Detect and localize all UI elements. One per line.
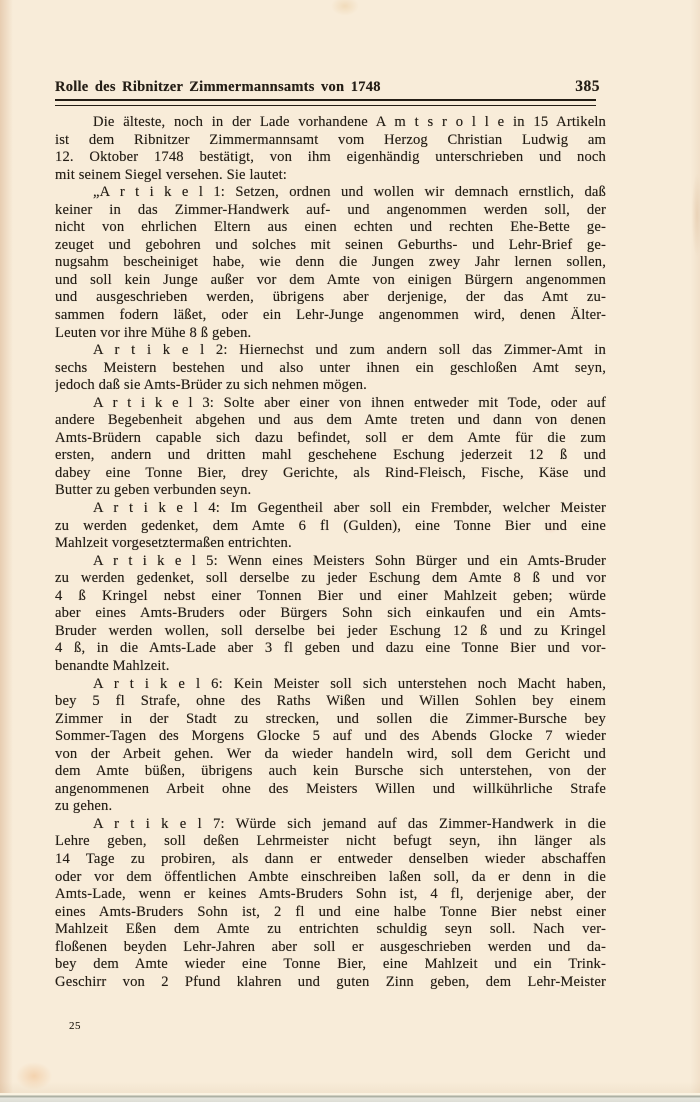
text-line: Die älteste, noch in der Lade vorhandene…: [55, 114, 606, 132]
text-line: bey 5 fl Strafe, ohne des Raths Wißen un…: [55, 693, 606, 711]
text-line: und ausgeschrieben werden, übrigens aber…: [55, 289, 606, 307]
text-line: 4 ß Kringel nebst einer Tonnen Bier und …: [55, 588, 606, 606]
text-line: A r t i k e l 4: Im Gegentheil aber soll…: [55, 500, 606, 518]
text-line: zu werden gedenket, dem Amte 6 fl (Gulde…: [55, 518, 606, 536]
text-line: angenommenen Arbeit ohne des Meisters Wi…: [55, 781, 606, 799]
scanned-book-page: Rolle des Ribnitzer Zimmermannsamts von …: [0, 0, 700, 1102]
text-line: nicht von ehrlichen Eltern aus einen ech…: [55, 219, 606, 237]
text-line: A r t i k e l 2: Hiernechst und zum ande…: [55, 342, 606, 360]
text-line: Butter zu geben verbunden seyn.: [55, 482, 606, 500]
header-double-rule: [55, 99, 596, 106]
paragraph: A r t i k e l 6: Kein Meister soll sich …: [55, 676, 606, 816]
text-line: dabey eine Tonne Bier, drey Gerichte, al…: [55, 465, 606, 483]
text-line: Leuten vor ihre Mühe 8 ß geben.: [55, 325, 606, 343]
text-line: Amts-Lade, wenn er keines Amts-Bruders S…: [55, 886, 606, 904]
text-line: A r t i k e l 6: Kein Meister soll sich …: [55, 676, 606, 694]
scan-bottom-edge: [0, 1093, 700, 1102]
text-line: Sommer-Tagen des Morgens Glocke 5 auf un…: [55, 728, 606, 746]
text-line: A r t i k e l 7: Würde sich jemand auf d…: [55, 816, 606, 834]
text-line: sechs Meistern bestehen und also unter i…: [55, 360, 606, 378]
text-line: Amts-Brüdern capable sich dazu befindet,…: [55, 430, 606, 448]
text-line: zu werden gedenket, soll derselbe zu jed…: [55, 570, 606, 588]
paragraph: A r t i k e l 2: Hiernechst und zum ande…: [55, 342, 606, 395]
text-line: Mahlzeit Eßen dem Amte zu entrichten sch…: [55, 921, 606, 939]
text-line: A r t i k e l 3: Solte aber einer von ih…: [55, 395, 606, 413]
text-line: sammen fodern läßet, oder ein Lehr-Junge…: [55, 307, 606, 325]
signature-mark: 25: [69, 1020, 81, 1032]
text-line: andere Begebenheit abgehen und aus dem A…: [55, 412, 606, 430]
text-line: bey dem Amte wieder eine Tonne Bier, ein…: [55, 956, 606, 974]
page-number: 385: [575, 78, 600, 96]
text-line: „A r t i k e l 1: Setzen, ordnen und wol…: [55, 184, 606, 202]
text-line: nugsahm bescheiniget habe, wie denn die …: [55, 254, 606, 272]
text-line: von der Arbeit gehen. Wer da wieder hand…: [55, 746, 606, 764]
text-line: eines Amts-Bruders Sohn ist, 2 fl und ei…: [55, 904, 606, 922]
page-header: Rolle des Ribnitzer Zimmermannsamts von …: [55, 78, 600, 96]
text-line: Mahlzeit vorgesetztermaßen entrichten.: [55, 535, 606, 553]
text-line: dem Amte büßen, übrigens auch kein Bursc…: [55, 763, 606, 781]
text-line: jedoch daß sie Amts-Brüder zu sich nehme…: [55, 377, 606, 395]
page-body: Die älteste, noch in der Lade vorhandene…: [55, 114, 606, 991]
text-line: benandte Mahlzeit.: [55, 658, 606, 676]
text-line: mit seinem Siegel versehen. Sie lautet:: [55, 167, 606, 185]
paragraph: A r t i k e l 5: Wenn eines Meisters Soh…: [55, 553, 606, 676]
paragraph: „A r t i k e l 1: Setzen, ordnen und wol…: [55, 184, 606, 342]
text-line: keiner in das Zimmer-Handwerk auf- und a…: [55, 202, 606, 220]
paragraph: A r t i k e l 3: Solte aber einer von ih…: [55, 395, 606, 500]
text-line: aber eines Amts-Bruders oder Bürgers Soh…: [55, 605, 606, 623]
paragraph: A r t i k e l 4: Im Gegentheil aber soll…: [55, 500, 606, 553]
text-line: zeuget und gebohren und solches mit sein…: [55, 237, 606, 255]
text-line: ist dem Ribnitzer Zimmermannsamt vom Her…: [55, 132, 606, 150]
text-line: ersten, andern und dritten mahl geschehe…: [55, 447, 606, 465]
text-line: floßenen beyden Lehr-Jahren aber soll er…: [55, 939, 606, 957]
text-line: Bruder werden wollen, soll derselbe bei …: [55, 623, 606, 641]
paragraph: A r t i k e l 7: Würde sich jemand auf d…: [55, 816, 606, 991]
text-line: A r t i k e l 5: Wenn eines Meisters Soh…: [55, 553, 606, 571]
text-line: 4 ß, in die Amts-Lade aber 3 fl geben un…: [55, 640, 606, 658]
paragraph: Die älteste, noch in der Lade vorhandene…: [55, 114, 606, 184]
text-line: Geschirr von 2 Pfund klahren und guten Z…: [55, 974, 606, 992]
text-line: zu gehen.: [55, 798, 606, 816]
text-line: 12. Oktober 1748 bestätigt, von ihm eige…: [55, 149, 606, 167]
text-line: Lehre geben, soll deßen Lehrmeister nich…: [55, 833, 606, 851]
text-line: und soll kein Junge außer vor dem Amte v…: [55, 272, 606, 290]
running-title: Rolle des Ribnitzer Zimmermannsamts von …: [55, 79, 381, 96]
text-line: 14 Tage zu probiren, als dann er entwede…: [55, 851, 606, 869]
text-line: Zimmer in der Stadt zu strecken, und sol…: [55, 711, 606, 729]
text-line: oder vor dem öffentlichen Ambte einschre…: [55, 869, 606, 887]
